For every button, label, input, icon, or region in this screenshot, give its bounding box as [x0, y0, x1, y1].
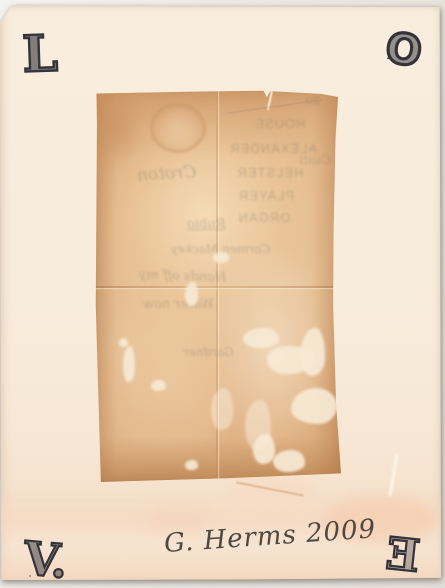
ghost-line: HOUSE	[247, 117, 313, 130]
stamp-letter-l-glyph: L	[21, 23, 58, 83]
paint-splotch	[301, 328, 325, 376]
paint-splotch	[213, 252, 229, 263]
stamp-letter-o-glyph: O	[383, 23, 425, 76]
paint-splotch	[253, 434, 275, 464]
ghost-line: Hands off my	[139, 268, 227, 284]
stamp-letter-v: V.	[16, 529, 80, 588]
stamp-letter-l: L	[11, 23, 69, 81]
ghost-line: Croton	[137, 164, 197, 184]
stamp-letter-o: O	[378, 22, 430, 74]
ghost-line: Rubio	[187, 218, 225, 231]
paint-splotch	[211, 388, 233, 430]
stamp-letter-e-mirrored: E	[378, 526, 427, 582]
paint-splotch	[151, 380, 166, 391]
attached-stained-paper: 20 HOUSE ALEXANDER HELSTER PLAYER ORGAN …	[95, 90, 341, 482]
fold-crease-horizontal	[95, 286, 341, 288]
stamp-letter-v-glyph: V.	[21, 531, 70, 588]
sheet-shadow-wrap: L O V. E	[0, 0, 445, 588]
ghost-line: Water now	[143, 298, 214, 311]
paint-splotch	[185, 282, 198, 306]
stamp-letter-e-glyph: E	[383, 528, 422, 582]
paint-splotch	[273, 450, 305, 472]
ghost-line: 20	[305, 96, 319, 107]
cup-ring-stain	[150, 103, 206, 153]
paint-splotch	[291, 388, 337, 424]
artwork-sheet: L O V. E	[0, 6, 441, 580]
ghost-line: Custi	[299, 154, 331, 166]
paint-splotch	[119, 338, 128, 347]
paint-splotch	[185, 460, 198, 470]
ghost-line: PLAYER	[235, 189, 297, 202]
paint-splotch	[123, 346, 135, 382]
paint-splotch	[243, 328, 279, 348]
ghost-line: ORGAN	[235, 211, 293, 224]
ghost-line: Gardner	[183, 346, 234, 358]
ghost-line: HELSTER	[233, 166, 307, 179]
artwork-photo: L O V. E	[0, 0, 445, 588]
